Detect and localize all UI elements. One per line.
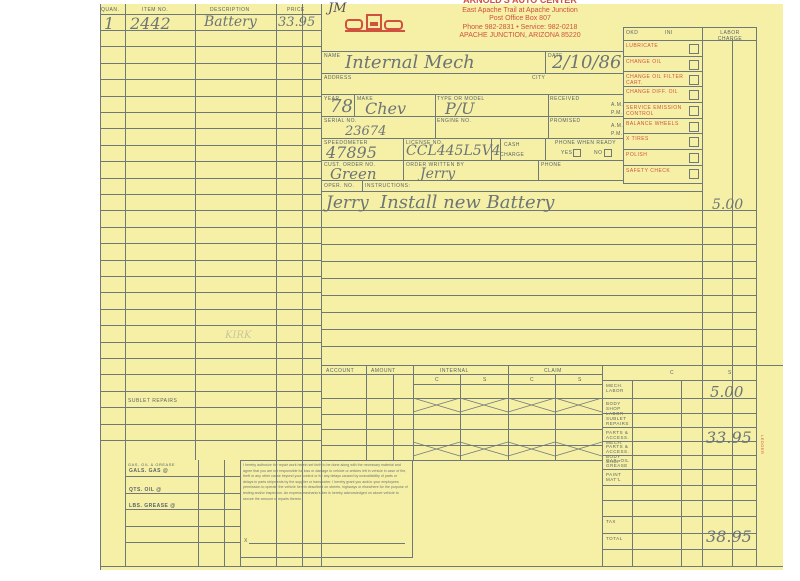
service-change-diff-oil-label: CHANGE DIFF. OIL bbox=[626, 89, 684, 95]
rule bbox=[321, 374, 602, 375]
rule bbox=[623, 27, 624, 183]
part-price: 33.95 bbox=[278, 15, 315, 30]
col-header-item-no: ITEM NO. bbox=[142, 7, 168, 13]
rule bbox=[100, 424, 321, 425]
rule bbox=[100, 374, 321, 375]
rule bbox=[623, 133, 702, 134]
col-header-description: DESCRIPTION bbox=[210, 7, 250, 13]
rule bbox=[602, 455, 756, 456]
rule bbox=[100, 342, 321, 343]
rule bbox=[100, 194, 321, 195]
promised-am: A.M. bbox=[611, 123, 623, 129]
rule bbox=[602, 469, 756, 470]
promised-pm: P.M. bbox=[611, 131, 623, 137]
rule bbox=[100, 440, 321, 441]
claim-c-label: C bbox=[530, 377, 534, 383]
rule bbox=[602, 485, 756, 486]
address-label: ADDRESS bbox=[324, 75, 352, 81]
rule bbox=[321, 94, 623, 95]
service-balance-wheels-checkbox[interactable] bbox=[689, 122, 699, 132]
rule bbox=[100, 145, 321, 146]
signature-prefix: X bbox=[244, 538, 248, 544]
rule bbox=[321, 227, 756, 228]
oper-no-label: OPER. NO. bbox=[324, 183, 354, 189]
received-am: A.M. bbox=[611, 102, 623, 108]
faint-note: KIRK bbox=[225, 330, 251, 341]
received-pm: P.M. bbox=[611, 110, 623, 116]
account-label: ACCOUNT bbox=[326, 368, 354, 374]
mech-labor-value: 5.00 bbox=[710, 383, 743, 401]
service-change-diff-oil-checkbox[interactable] bbox=[689, 90, 699, 100]
rule bbox=[100, 4, 101, 570]
rule bbox=[100, 46, 321, 47]
rule bbox=[435, 94, 436, 138]
rule bbox=[125, 509, 240, 510]
service-polish-checkbox[interactable] bbox=[689, 153, 699, 163]
rule bbox=[125, 493, 240, 494]
rule bbox=[623, 27, 756, 28]
rule bbox=[413, 384, 602, 385]
rule bbox=[602, 549, 756, 550]
instruction-charge: 5.00 bbox=[712, 197, 743, 213]
rule bbox=[321, 278, 756, 279]
rule bbox=[623, 102, 702, 103]
rule bbox=[623, 86, 702, 87]
gals-gas-label: GALS. GAS @ bbox=[129, 468, 168, 474]
rule bbox=[321, 244, 756, 245]
qts-oil-label: QTS. OIL @ bbox=[129, 487, 162, 493]
rule bbox=[100, 112, 321, 113]
authorization-text: I hereby authorize the repair work herei… bbox=[243, 463, 408, 502]
no-label: NO bbox=[594, 150, 603, 156]
rule bbox=[321, 346, 756, 347]
yes-checkbox[interactable] bbox=[573, 149, 581, 157]
totals-row-label: MECH. LABOR bbox=[606, 383, 632, 393]
ini-label: INI bbox=[665, 30, 673, 36]
rule bbox=[100, 178, 321, 179]
business-name: ARNOLD'S AUTO CENTER bbox=[420, 0, 620, 5]
rule bbox=[100, 276, 321, 277]
rule bbox=[100, 161, 321, 162]
totals-row-label: SUBLET REPAIRS bbox=[606, 416, 632, 426]
service-safety-check-checkbox[interactable] bbox=[689, 169, 699, 179]
service-lubricate-label: LUBRICATE bbox=[626, 43, 684, 49]
instruction-operator: Jerry bbox=[326, 193, 369, 213]
sublet-repairs-label: SUBLET REPAIRS bbox=[128, 398, 177, 404]
crossed-out-cells bbox=[413, 398, 602, 460]
internal-label: INTERNAL bbox=[440, 368, 469, 374]
rule bbox=[125, 476, 240, 477]
rule bbox=[100, 260, 321, 261]
rule bbox=[602, 365, 603, 566]
rule bbox=[100, 391, 321, 392]
rule bbox=[732, 39, 733, 566]
vehicle-make: Chev bbox=[365, 99, 406, 118]
totals-row-label: TOTAL bbox=[606, 536, 632, 541]
rule bbox=[100, 79, 321, 80]
service-polish-label: POLISH bbox=[626, 152, 684, 158]
instructions-label: INSTRUCTIONS: bbox=[365, 183, 410, 189]
rule bbox=[623, 165, 702, 166]
phone-label: PHONE bbox=[541, 162, 561, 168]
service-change-oil-filter-checkbox[interactable] bbox=[689, 75, 699, 85]
rule bbox=[354, 94, 355, 116]
rule bbox=[321, 365, 783, 366]
promised-label: PROMISED bbox=[550, 118, 581, 124]
okd-label: OKD bbox=[626, 30, 638, 36]
rule bbox=[100, 566, 783, 567]
rule bbox=[100, 325, 321, 326]
service-x-tires-label: X TIRES bbox=[626, 136, 684, 142]
totals-row-label: PAINT MAT'L bbox=[606, 472, 632, 482]
charge-label: CHARGE bbox=[500, 152, 524, 158]
speedometer-reading: 47895 bbox=[326, 143, 377, 162]
rule bbox=[623, 40, 702, 41]
rule bbox=[100, 292, 321, 293]
rule bbox=[545, 138, 546, 160]
service-change-oil-filter-label: CHANGE OIL FILTER CART. bbox=[626, 74, 684, 86]
rule bbox=[602, 413, 756, 414]
rule bbox=[321, 73, 623, 74]
ledger-mark: LEDGER bbox=[759, 435, 765, 454]
service-x-tires-checkbox[interactable] bbox=[689, 137, 699, 147]
rule bbox=[100, 407, 321, 408]
claim-label: CLAIM bbox=[544, 368, 562, 374]
signature-line[interactable] bbox=[249, 543, 405, 544]
parts-mech-value: 33.95 bbox=[706, 428, 752, 447]
initials: JM bbox=[328, 1, 347, 16]
totals-row-label: PARTS & ACCESS. MECH. bbox=[606, 430, 632, 445]
rule bbox=[125, 526, 240, 527]
labor-charge-label: LABOR CHARGE bbox=[710, 30, 750, 42]
rule bbox=[756, 27, 757, 566]
service-service-emission-label: SERVICE EMISSION CONTROL bbox=[626, 105, 684, 117]
part-description: Battery bbox=[204, 14, 257, 30]
rule bbox=[366, 365, 367, 460]
rule bbox=[321, 329, 756, 330]
license-number: CCL445L5V4 bbox=[406, 143, 501, 159]
totals-c-label: C bbox=[670, 370, 674, 376]
rule bbox=[321, 295, 756, 296]
col-header-price: PRICE bbox=[287, 7, 305, 13]
totals-s-label: S bbox=[728, 370, 732, 376]
rule bbox=[602, 516, 756, 517]
rule bbox=[393, 374, 394, 460]
col-header-quan: QUAN. bbox=[101, 7, 119, 13]
rule bbox=[623, 71, 702, 72]
service-service-emission-checkbox[interactable] bbox=[689, 106, 699, 116]
engine-label: ENGINE NO. bbox=[437, 118, 471, 124]
rule bbox=[681, 380, 682, 566]
written-by: Jerry bbox=[420, 166, 455, 182]
service-balance-wheels-label: BALANCE WHEELS bbox=[626, 121, 684, 127]
rule bbox=[100, 63, 321, 64]
amount-label: AMOUNT bbox=[371, 368, 396, 374]
rule bbox=[538, 160, 539, 180]
lbs-grease-label: LBS. GREASE @ bbox=[129, 503, 176, 509]
serial-number: 23674 bbox=[345, 124, 386, 139]
rule bbox=[632, 380, 633, 566]
internal-s-label: S bbox=[483, 377, 487, 383]
service-safety-check-label: SAFETY CHECK bbox=[626, 168, 684, 174]
order-date: 2/10/86 bbox=[552, 52, 621, 73]
received-label: RECEIVED bbox=[550, 96, 580, 102]
rule bbox=[403, 138, 404, 180]
rule bbox=[100, 243, 321, 244]
rule bbox=[125, 404, 126, 460]
logo-icon bbox=[345, 12, 405, 37]
claim-s-label: S bbox=[578, 377, 582, 383]
business-po-box: Post Office Box 807 bbox=[420, 15, 620, 24]
rule bbox=[100, 210, 321, 211]
cash-label: CASH bbox=[504, 142, 520, 148]
rule bbox=[100, 309, 321, 310]
part-item-no: 2442 bbox=[130, 14, 171, 33]
rule bbox=[602, 380, 756, 381]
totals-row-label: GAS, OIL GREASE bbox=[606, 458, 632, 468]
rule bbox=[100, 128, 321, 129]
internal-c-label: C bbox=[435, 377, 439, 383]
name-label: NAME bbox=[324, 53, 340, 59]
rule bbox=[125, 542, 240, 543]
yes-label: YES bbox=[561, 150, 573, 156]
totals-row-label: TAX bbox=[606, 519, 632, 524]
rule bbox=[623, 149, 702, 150]
service-change-oil-label: CHANGE OIL bbox=[626, 59, 684, 65]
customer-name: Internal Mech bbox=[345, 52, 475, 73]
rule bbox=[321, 261, 756, 262]
cust-order-number: Green bbox=[330, 165, 377, 183]
vehicle-model: P/U bbox=[445, 99, 475, 118]
rule bbox=[548, 94, 549, 138]
rule bbox=[602, 500, 756, 501]
rule bbox=[623, 118, 702, 119]
phone-ready-label: PHONE WHEN READY bbox=[555, 140, 616, 146]
rule bbox=[100, 358, 321, 359]
rule bbox=[100, 227, 321, 228]
no-checkbox[interactable] bbox=[604, 149, 612, 157]
business-city: APACHE JUNCTION, ARIZONA 85220 bbox=[420, 32, 620, 41]
city-label: CITY bbox=[532, 75, 545, 81]
rule bbox=[623, 183, 702, 184]
part-quantity: 1 bbox=[104, 14, 114, 33]
rule bbox=[321, 312, 756, 313]
instruction-text: Install new Battery bbox=[380, 192, 554, 213]
rule bbox=[100, 96, 321, 97]
rule bbox=[623, 56, 702, 57]
rule bbox=[545, 51, 546, 73]
vehicle-year: 78 bbox=[330, 96, 353, 117]
service-lubricate-checkbox[interactable] bbox=[689, 44, 699, 54]
total-value: 38.95 bbox=[706, 527, 752, 546]
service-change-oil-checkbox[interactable] bbox=[689, 60, 699, 70]
rule bbox=[125, 4, 126, 404]
